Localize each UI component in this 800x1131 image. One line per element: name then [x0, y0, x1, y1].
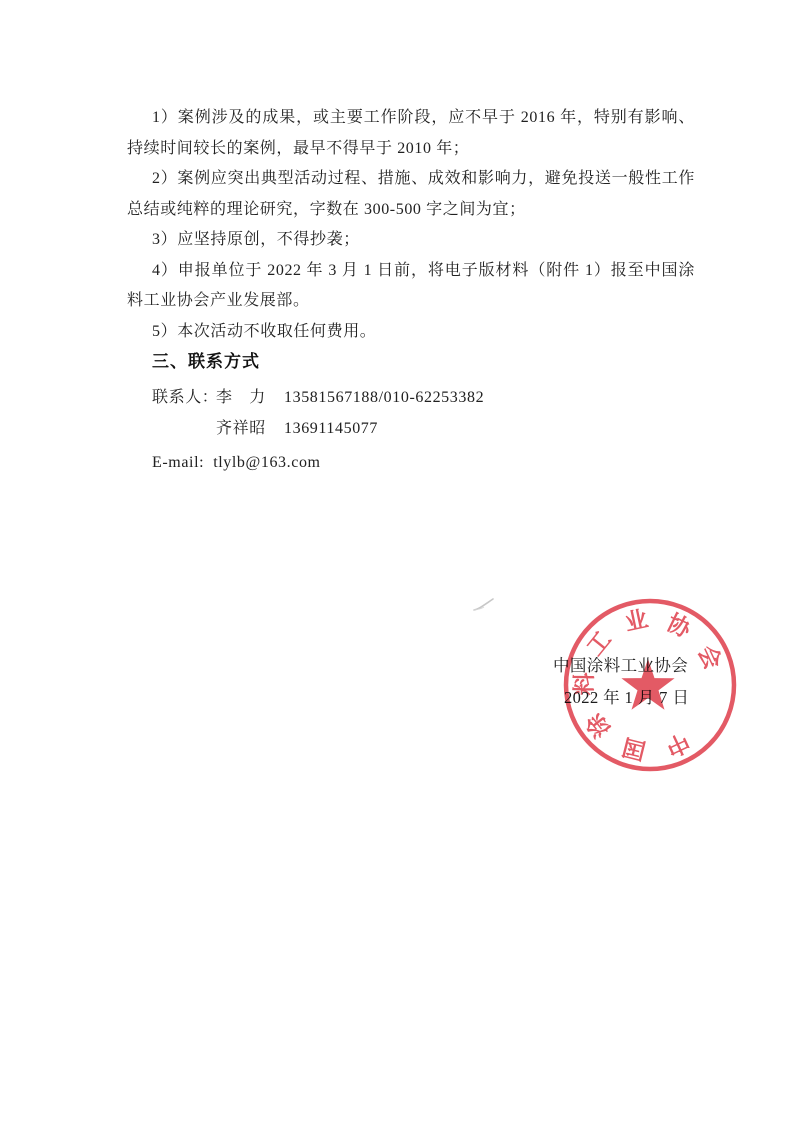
- contact-phone-2: 13691145077: [284, 420, 378, 437]
- contact-row-1: 联系人：李 力13581567188/010-62253382: [152, 382, 695, 414]
- contact-label: 联系人：: [152, 382, 216, 414]
- paragraph-item-2: 2）案例应突出典型活动过程、措施、成效和影响力，避免投送一般性工作总结或纯粹的理…: [127, 164, 695, 225]
- contact-name-2: 齐祥昭: [216, 413, 268, 445]
- seal-char-4: 料: [571, 672, 597, 695]
- seal-char-2: 国: [620, 734, 649, 765]
- pen-mark-icon: [472, 597, 498, 613]
- document-page: 1）案例涉及的成果，或主要工作阶段，应不早于 2016 年，特别有影响、持续时间…: [0, 0, 800, 1131]
- email-label: E-mail:: [152, 454, 204, 471]
- paragraph-item-4: 4）申报单位于 2022 年 3 月 1 日前，将电子版材料（附件 1）报至中国…: [127, 256, 695, 317]
- paragraph-item-5: 5）本次活动不收取任何费用。: [127, 317, 695, 348]
- paragraph-item-1: 1）案例涉及的成果，或主要工作阶段，应不早于 2016 年，特别有影响、持续时间…: [127, 103, 695, 164]
- seal-char-6: 业: [622, 605, 650, 635]
- email-row: E-mail:tlylb@163.com: [152, 447, 695, 479]
- contact-phone-1: 13581567188/010-62253382: [284, 389, 484, 406]
- contact-name-1: 李 力: [216, 382, 268, 414]
- paragraph-item-3: 3）应坚持原创，不得抄袭；: [127, 225, 695, 256]
- email-value: tlylb@163.com: [213, 454, 320, 471]
- document-body: 1）案例涉及的成果，或主要工作阶段，应不早于 2016 年，特别有影响、持续时间…: [127, 103, 695, 478]
- contact-block: 联系人：李 力13581567188/010-62253382 齐祥昭13691…: [127, 382, 695, 479]
- section-heading-contact: 三、联系方式: [127, 347, 695, 378]
- official-seal-stamp: 中 国 涂 料 工 业 协 会: [555, 590, 745, 780]
- contact-row-2: 齐祥昭13691145077: [152, 413, 695, 445]
- star-icon: [621, 659, 674, 710]
- seal-char-8: 会: [693, 641, 726, 673]
- seal-char-1: 中: [662, 728, 694, 761]
